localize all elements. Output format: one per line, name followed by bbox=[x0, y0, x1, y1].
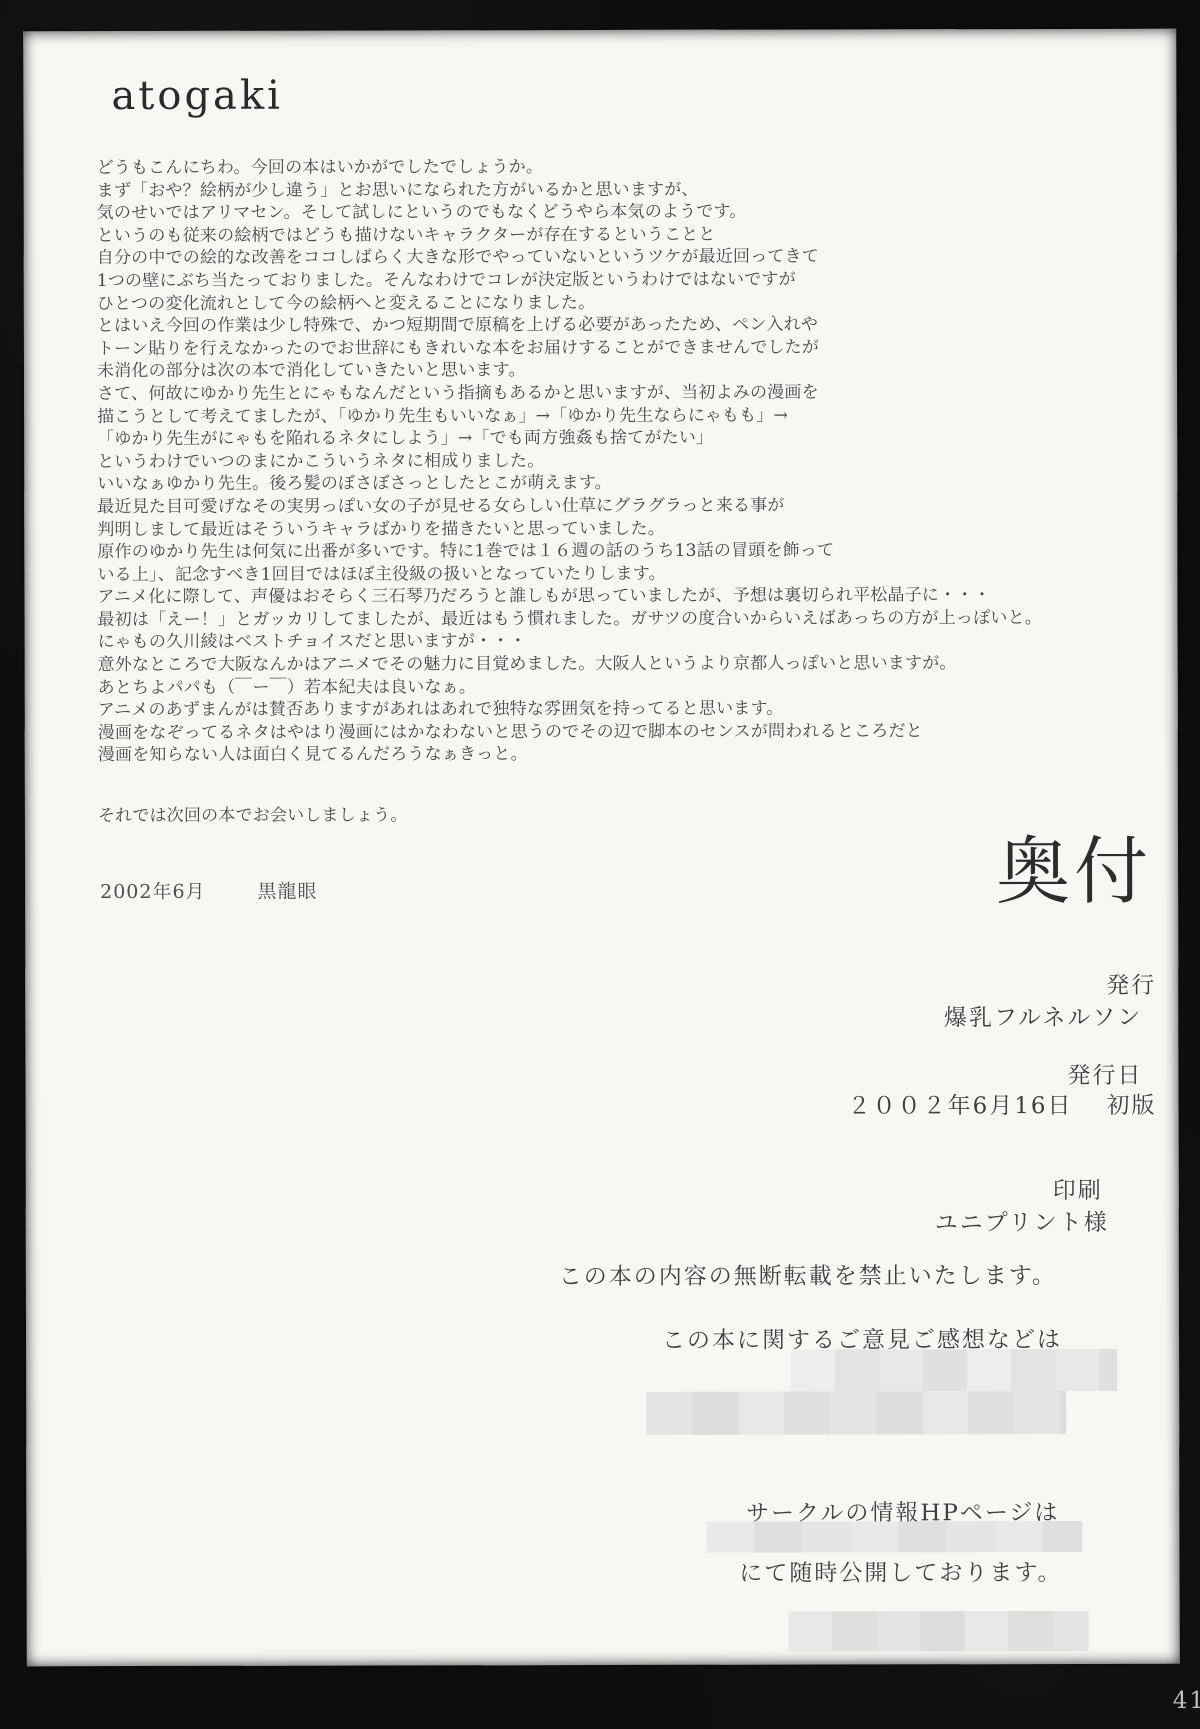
body-line: 最初は「えー！」とガッカリしてましたが、最近はもう慣れました。ガサツの度合いから… bbox=[97, 607, 1107, 632]
body-line: 漫画を知らない人は面白く見てるんだろうなぁきっと。 bbox=[98, 742, 1108, 767]
contact-mosaic-row-2 bbox=[646, 1391, 1066, 1435]
body-line: というのも従来の絵柄ではどうも描けないキャラクターが存在するということと bbox=[97, 223, 1107, 248]
edition: 初版 bbox=[1107, 1093, 1157, 1119]
body-line: 1つの壁にぶち当たっておりました。そんなわけでコレが決定版というわけではないです… bbox=[97, 268, 1107, 293]
printer-label: 印刷 bbox=[1053, 1172, 1103, 1205]
bottom-mosaic bbox=[789, 1611, 1089, 1652]
body-line: いる上」、記念すべき1回目ではほぼ主役級の扱いとなっていたりします。 bbox=[97, 562, 1107, 587]
body-line: 原作のゆかり先生は何気に出番が多いです。特に1巻では１６週の話のうち13話の冒頭… bbox=[97, 539, 1107, 564]
body-line: いいなぁゆかり先生。後ろ髪のぼさぼさっとしたとこが萌えます。 bbox=[97, 471, 1107, 496]
body-line: というわけでいつのまにかこういうネタに相成りました。 bbox=[97, 449, 1107, 474]
body-line: 自分の中での絵的な改善をココしばらく大きな形でやっていないというツケが最近回って… bbox=[97, 245, 1107, 270]
pub-date-label: 発行日 bbox=[1067, 1057, 1142, 1090]
body-line: にゃもの久川綾はベストチョイスだと思いますが・・・ bbox=[98, 629, 1108, 654]
body-line: 「ゆかり先生がにゃもを陥れるネタにしよう」→「でも両方強姦も捨てがたい」 bbox=[97, 426, 1107, 451]
body-line: どうもこんにちわ。今回の本はいかがでしたでしょうか。 bbox=[97, 155, 1107, 180]
body-line: アニメ化に際して、声優はおそらく三石琴乃だろうと誰しもが思っていましたが、予想は… bbox=[97, 584, 1107, 609]
copyright-notice: この本の内容の無断転載を禁止いたします。 bbox=[559, 1257, 1057, 1291]
publisher-label: 発行 bbox=[1106, 967, 1156, 1000]
publisher-name: 爆乳フルネルソン bbox=[944, 999, 1142, 1032]
body-line: 気のせいではアリマセン。そして試しにというのでもなくどうやら本気のようです。 bbox=[97, 200, 1107, 225]
contact-mosaic-row-1 bbox=[791, 1349, 1117, 1392]
body-line: トーン貼りを行えなかったのでお世辞にもきれいな本をお届けすることができませんでし… bbox=[97, 336, 1107, 361]
hp-info-line-2: にて随時公開しております。 bbox=[739, 1554, 1062, 1588]
body-line: 漫画をなぞってるネタはやはり漫画にはかなわないと思うのでその辺で脚本のセンスが問… bbox=[98, 720, 1108, 745]
pub-date-line: ２００２年6月16日初版 bbox=[848, 1087, 1157, 1121]
body-line: ひとつの変化流れとして今の絵柄へと変えることになりました。 bbox=[97, 291, 1107, 316]
closing-line: それでは次回の本でお会いしましょう。 bbox=[98, 800, 408, 826]
body-line: とはいえ今回の作業は少し特殊で、かつ短期間で原稿を上げる必要があったため、ペン入… bbox=[97, 313, 1107, 338]
hp-url-mosaic bbox=[706, 1521, 1082, 1553]
signature-date: 2002年6月 bbox=[100, 881, 205, 903]
body-line: 判明しまして最近はそういうキャラばかりを描きたいと思っていました。 bbox=[97, 516, 1107, 541]
body-line: 最近見た目可愛げなその実男っぽい女の子が見せる女らしい仕草にグラグラっと来る事が bbox=[97, 494, 1107, 519]
scanned-page: atogaki どうもこんにちわ。今回の本はいかがでしたでしょうか。 まず「おや… bbox=[23, 29, 1179, 1666]
body-line: アニメのあずまんがは賛否ありますがあれはあれで独特な雰囲気を持ってると思います。 bbox=[98, 697, 1108, 722]
afterword-text: どうもこんにちわ。今回の本はいかがでしたでしょうか。 まず「おや？絵柄が少し違う… bbox=[97, 155, 1108, 767]
body-line: 未消化の部分は次の本で消化していきたいと思います。 bbox=[97, 358, 1107, 383]
body-line: あとちよパパも（￣ー￣）若本紀夫は良いなぁ。 bbox=[98, 675, 1108, 700]
colophon-heading: 奥付 bbox=[996, 835, 1152, 909]
body-line: さて、何故にゆかり先生とにゃもなんだという指摘もあるかと思いますが、当初よみの漫… bbox=[97, 381, 1107, 406]
body-line: 描こうとして考えてましたが、「ゆかり先生もいいなぁ」→「ゆかり先生ならにゃもも」… bbox=[97, 403, 1107, 428]
pub-date: ２００２年6月16日 bbox=[848, 1093, 1073, 1119]
page-title: atogaki bbox=[111, 73, 283, 119]
body-line: 意外なところで大阪なんかはアニメでその魅力に目覚めました。大阪人というより京都人… bbox=[98, 652, 1108, 677]
page-number: 41 bbox=[1173, 1688, 1200, 1714]
signature-line: 2002年6月黒龍眼 bbox=[100, 877, 318, 904]
printer-name: ユニプリント様 bbox=[935, 1204, 1109, 1237]
signature-author: 黒龍眼 bbox=[258, 881, 318, 903]
body-line: まず「おや？絵柄が少し違う」とお思いになられた方がいるかと思いますが、 bbox=[97, 178, 1107, 203]
